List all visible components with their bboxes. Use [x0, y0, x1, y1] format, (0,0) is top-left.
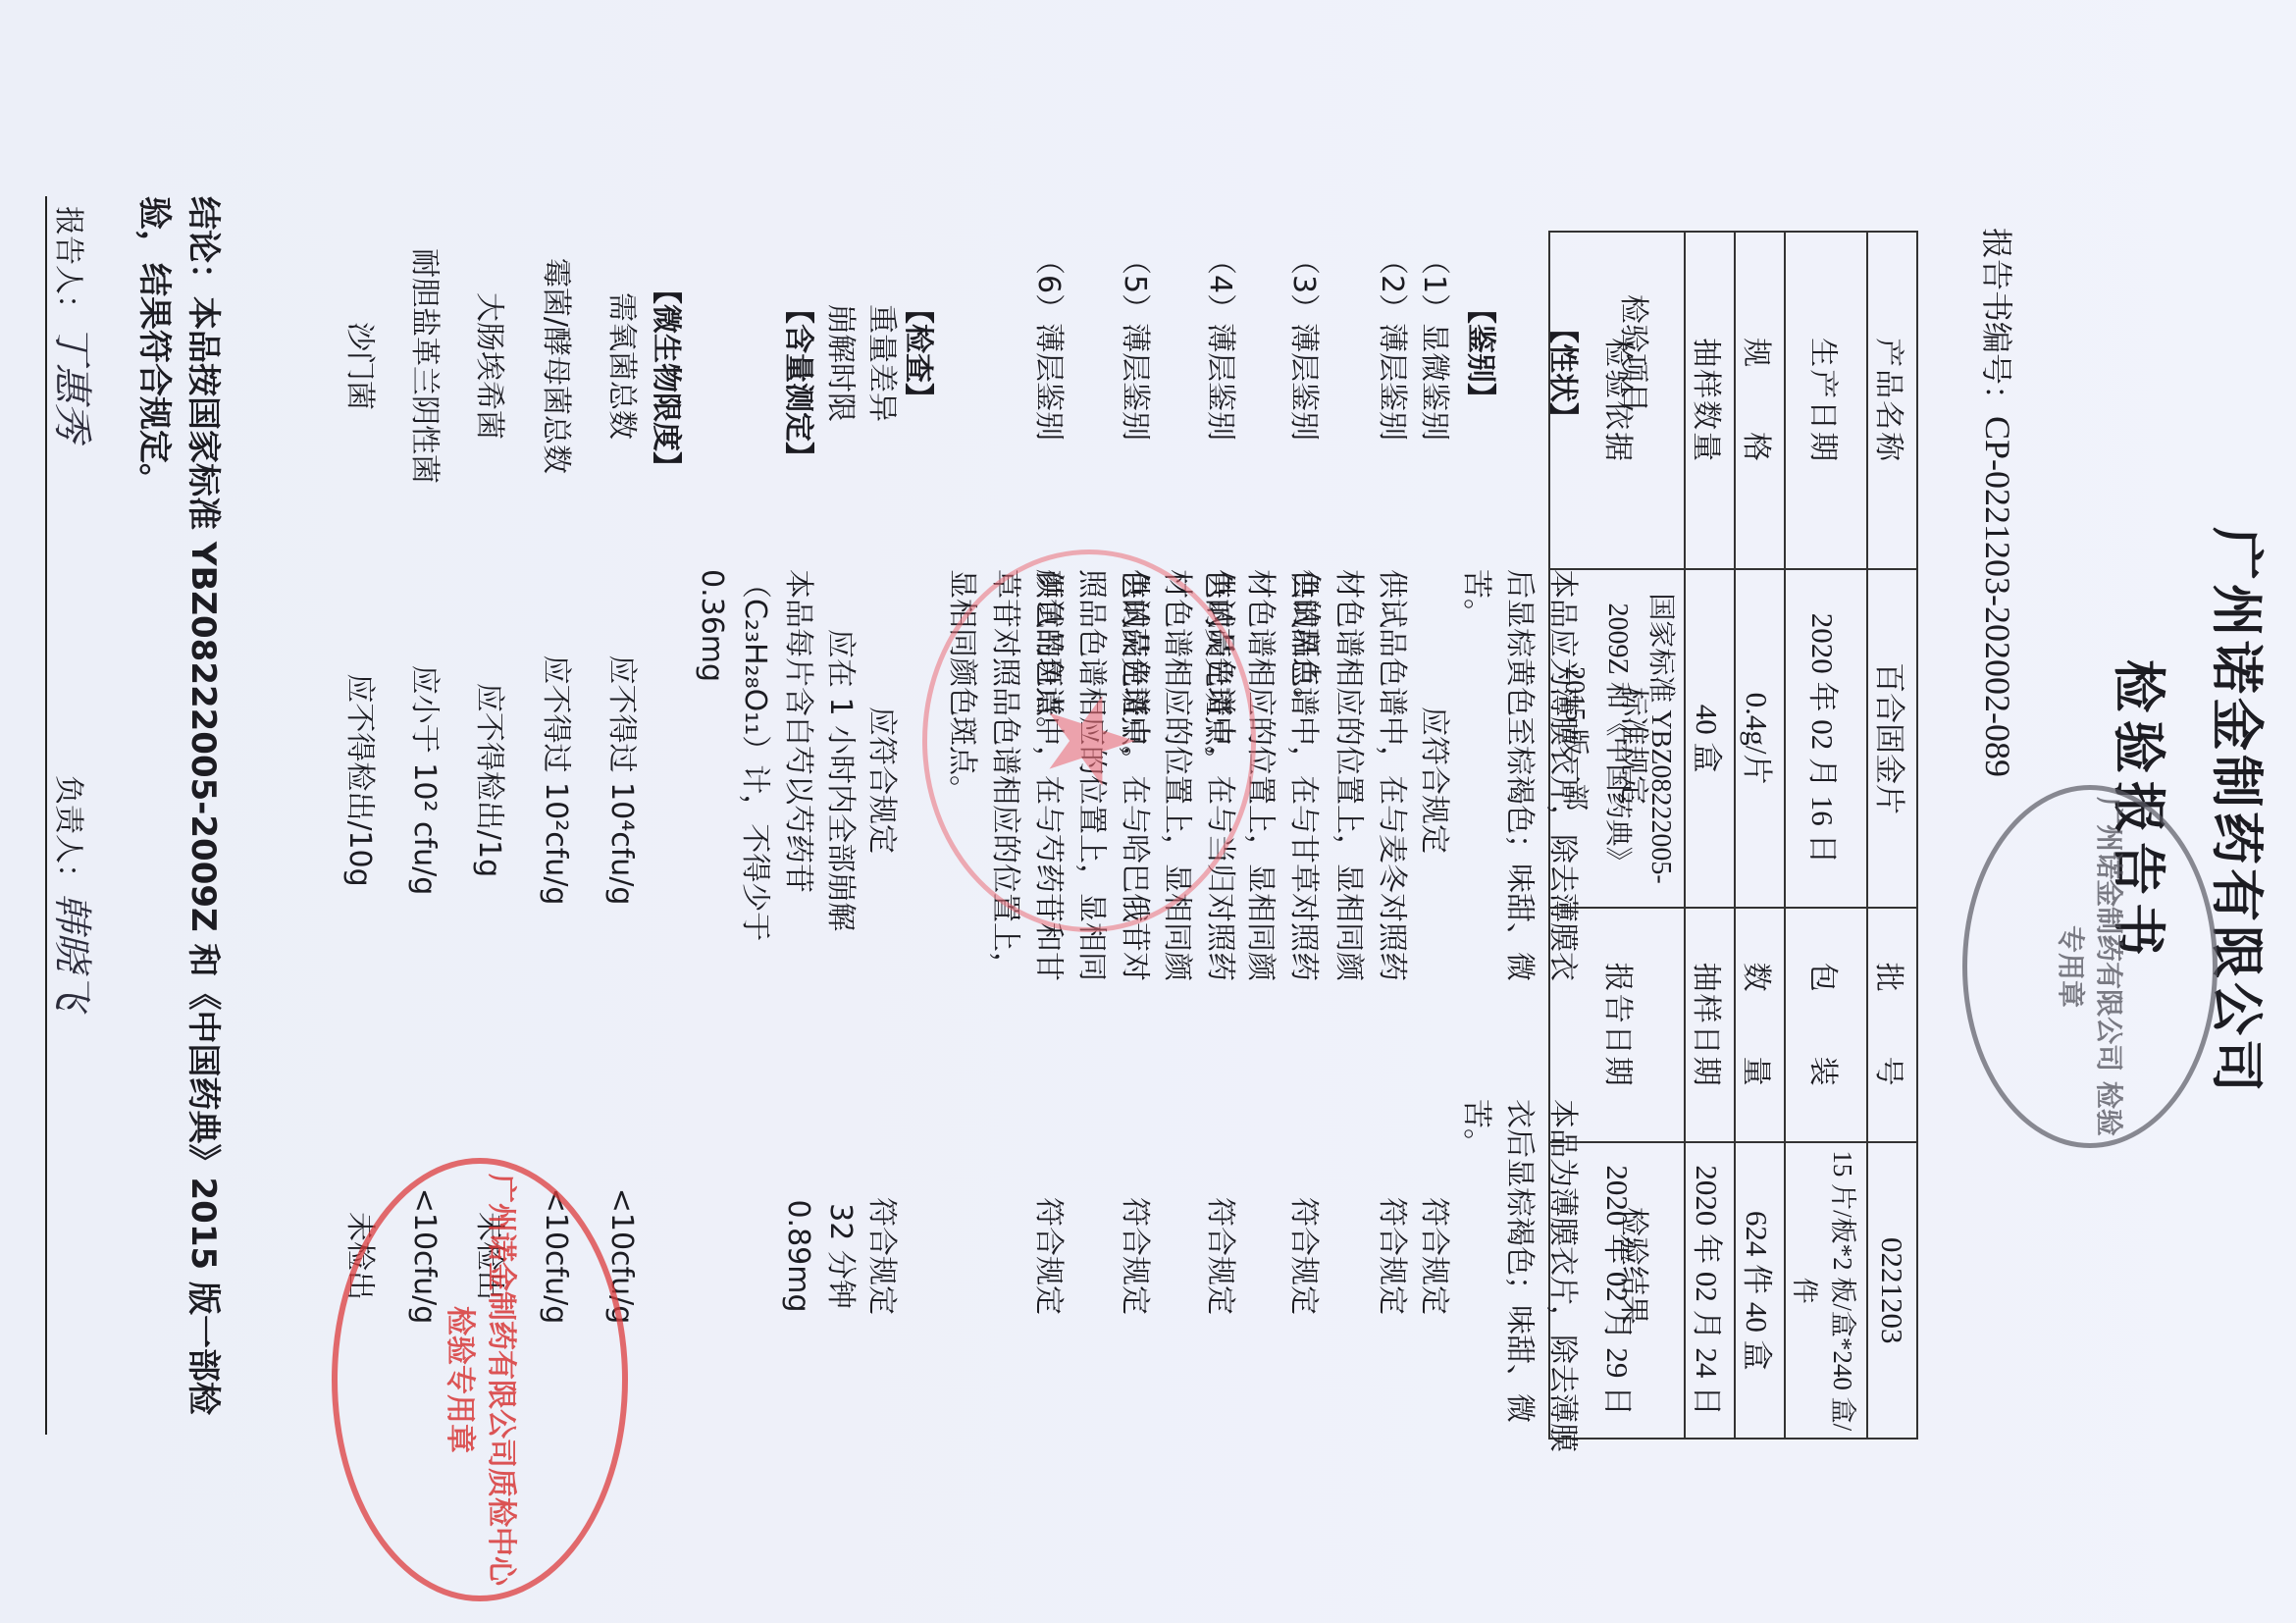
- test-item: 崩解时限: [818, 304, 861, 422]
- test-item: （6）薄层鉴别: [1026, 245, 1070, 441]
- standard-text: 应小于 10² cfu/g: [402, 569, 445, 991]
- inspection-report-page: 广州诺金制药有限公司 检验报告书 报告书编号：CP-0221203-202002…: [0, 0, 2296, 1623]
- label-sample-date: 抽样日期: [1685, 908, 1735, 1143]
- test-item: 重量差异: [860, 304, 903, 422]
- standard-text: 本品每片含白芍以芍药苷（C₂₃H₂₈O₁₁）计，不得少于 0.36mg: [690, 569, 819, 1021]
- conclusion: 结论：本品按国家标准 YBZ08222005-2009Z 和《中国药典》2015…: [130, 196, 228, 1472]
- info-row: 抽样数量 40 盒 抽样日期 2020 年 02 月 24 日: [1685, 232, 1735, 1439]
- result-text: 本品为薄膜衣片，除去薄膜衣后显棕褐色；味甜、微苦。: [1454, 1099, 1584, 1462]
- test-item: 沙门菌: [338, 243, 381, 489]
- result-text: 符合规定: [1412, 1128, 1455, 1384]
- standard-text: 应符合规定: [860, 569, 903, 991]
- value-quantity: 624 件 40 盒: [1735, 1142, 1785, 1439]
- result-text: 0.89mg: [776, 1128, 819, 1384]
- supervisor-name: 韩晓飞: [49, 893, 94, 1011]
- result-text: 符合规定: [1281, 1128, 1325, 1384]
- value-specification: 0.4g/片: [1735, 569, 1785, 908]
- standard-text: 应不得过 10⁴cfu/g: [600, 569, 643, 991]
- column-heading-standard: 标准规定: [1615, 687, 1658, 805]
- section-heading-identification: 【鉴别】: [1458, 294, 1501, 412]
- standard-text: 应不得检出/1g: [467, 569, 510, 991]
- reporter-signature: 报告人：丁惠秀: [47, 206, 103, 442]
- test-item: 大肠埃希菌: [467, 243, 510, 489]
- info-row: 规 格 0.4g/片 数 量 624 件 40 盒: [1735, 232, 1785, 1439]
- standard-text: 应不得检出/10g: [338, 569, 381, 991]
- result-text: <10cfu/g: [402, 1128, 445, 1384]
- supervisor-signature: 负责人：韩晓飞: [47, 775, 103, 1011]
- value-sample-date: 2020 年 02 月 24 日: [1685, 1142, 1735, 1439]
- test-item: （1）显微鉴别: [1412, 245, 1455, 441]
- result-text: 未检出: [338, 1128, 381, 1384]
- section-heading-assay: 【含量测定】: [776, 294, 819, 471]
- standard-text: 应在 1 小时内全部崩解: [818, 569, 861, 991]
- label-packaging: 包 装: [1785, 908, 1867, 1143]
- info-row: 产品名称 百合固金片 批 号 0221203: [1867, 232, 1917, 1439]
- test-item: （2）薄层鉴别: [1370, 245, 1413, 441]
- product-info-table: 产品名称 百合固金片 批 号 0221203 生产日期 2020 年 02 月 …: [1548, 231, 1918, 1440]
- document-title: 检验报告书: [2105, 0, 2180, 1623]
- result-text: 符合规定: [860, 1128, 903, 1384]
- result-text: 32 分钟: [818, 1128, 861, 1384]
- result-text: <10cfu/g: [600, 1128, 643, 1384]
- label-specification: 规 格: [1735, 232, 1785, 569]
- section-heading-character: 【性状】: [1540, 314, 1584, 432]
- label-sample-quantity: 抽样数量: [1685, 232, 1735, 569]
- test-item: 霉菌/酵母菌总数: [534, 243, 577, 489]
- report-number-value: CP-0221203-202002-089: [1978, 416, 2017, 777]
- value-production-date: 2020 年 02 月 16 日: [1785, 569, 1867, 908]
- signature-divider: [45, 196, 47, 1435]
- label-product-name: 产品名称: [1867, 232, 1917, 569]
- section-heading-microbial: 【微生物限度】: [644, 275, 687, 481]
- reporter-label: 报告人：: [51, 206, 85, 324]
- value-packaging: 15 片/板*2 板/盒*240 盒/件: [1785, 1142, 1867, 1439]
- label-production-date: 生产日期: [1785, 232, 1867, 569]
- result-text: 符合规定: [1113, 1128, 1156, 1384]
- standard-text: 本品应为薄膜衣片，除去薄膜衣后显棕黄色至棕褐色；味甜、微苦。: [1454, 569, 1584, 991]
- test-item: （4）薄层鉴别: [1198, 245, 1241, 441]
- supervisor-label: 负责人：: [51, 775, 85, 893]
- result-text: 未检出: [467, 1128, 510, 1384]
- column-heading-item: 检验项目: [1615, 294, 1658, 412]
- value-sample-quantity: 40 盒: [1685, 569, 1735, 908]
- result-text: <10cfu/g: [534, 1128, 577, 1384]
- test-item: 耐胆盐革兰阴性菌: [402, 243, 445, 489]
- result-text: 符合规定: [1370, 1128, 1413, 1384]
- company-title: 广州诺金制药有限公司: [2203, 0, 2278, 1623]
- standard-text: 供试品色谱中，在与芍药苷和甘草苷对照品色谱相应的位置上，显相同颜色斑点。: [940, 569, 1070, 991]
- result-text: 符合规定: [1198, 1128, 1241, 1384]
- label-batch-no: 批 号: [1867, 908, 1917, 1143]
- value-batch-no: 0221203: [1867, 1142, 1917, 1439]
- column-heading-result: 检验结果: [1615, 1207, 1658, 1325]
- label-quantity: 数 量: [1735, 908, 1785, 1143]
- test-item: 需氧菌总数: [600, 243, 643, 489]
- value-product-name: 百合固金片: [1867, 569, 1917, 908]
- test-item: （5）薄层鉴别: [1113, 245, 1156, 441]
- standard-text: 应符合规定: [1412, 569, 1455, 991]
- test-item: （3）薄层鉴别: [1281, 245, 1325, 441]
- info-row: 生产日期 2020 年 02 月 16 日 包 装 15 片/板*2 板/盒*2…: [1785, 232, 1867, 1439]
- reporter-name: 丁惠秀: [49, 324, 94, 442]
- report-number-label: 报告书编号：: [1978, 228, 2015, 416]
- standard-text: 应不得过 10²cfu/g: [534, 569, 577, 991]
- result-text: 符合规定: [1026, 1128, 1070, 1384]
- report-number: 报告书编号：CP-0221203-202002-089: [1976, 228, 2021, 777]
